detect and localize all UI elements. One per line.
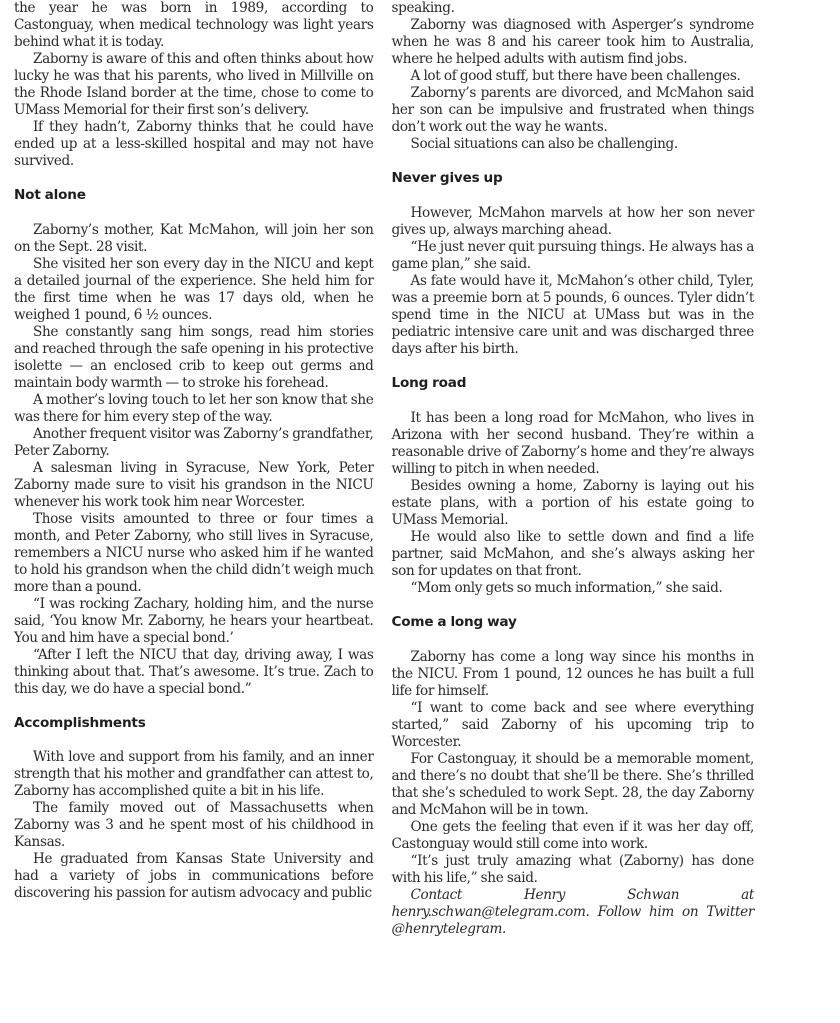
- body-paragraph: Social situations can also be challengin…: [392, 136, 755, 153]
- intro-paragraph: If they hadn’t, Zaborny thinks that he c…: [14, 119, 374, 170]
- body-paragraph: Zaborny has come a long way since his mo…: [392, 649, 755, 700]
- body-paragraph: He would also like to settle down and fi…: [392, 529, 755, 580]
- quote-paragraph: “Mom only gets so much information,” she…: [392, 580, 755, 597]
- quote-paragraph: “I was rocking Zachary, holding him, and…: [14, 596, 374, 647]
- body-paragraph: However, McMahon marvels at how her son …: [392, 205, 755, 239]
- quote-paragraph: “He just never quit pursuing things. He …: [392, 239, 755, 273]
- quote-paragraph: “It’s just truly amazing what (Zaborny) …: [392, 853, 755, 887]
- subhead-not-alone: Not alone: [14, 187, 374, 204]
- subhead-come-a-long-way: Come a long way: [392, 614, 755, 631]
- quote-paragraph: “I want to come back and see where every…: [392, 700, 755, 751]
- body-paragraph: Another frequent visitor was Zaborny’s g…: [14, 426, 374, 460]
- intro-paragraph: Zaborny is aware of this and often think…: [14, 51, 374, 119]
- body-paragraph: Zaborny was diagnosed with Asperger’s sy…: [392, 17, 755, 68]
- body-paragraph: She constantly sang him songs, read him …: [14, 324, 374, 392]
- body-paragraph: A mother’s loving touch to let her son k…: [14, 392, 374, 426]
- quote-paragraph: “After I left the NICU that day, driving…: [14, 647, 374, 698]
- body-paragraph: As fate would have it, McMahon’s other c…: [392, 273, 755, 358]
- body-paragraph: The family moved out of Massachusetts wh…: [14, 800, 374, 851]
- subhead-long-road: Long road: [392, 375, 755, 392]
- newspaper-page: the year he was born in 1989, according …: [14, 0, 754, 938]
- body-paragraph: For Castonguay, it should be a memorable…: [392, 751, 755, 819]
- body-paragraph: He graduated from Kansas State Universit…: [14, 851, 374, 902]
- intro-paragraph: the year he was born in 1989, according …: [14, 0, 374, 51]
- author-contact-line: Contact Henry Schwan at henry.schwan@tel…: [392, 887, 755, 938]
- body-paragraph: One gets the feeling that even if it was…: [392, 819, 755, 853]
- right-column: speaking. Zaborny was diagnosed with Asp…: [392, 0, 755, 938]
- body-paragraph: Zaborny’s parents are divorced, and McMa…: [392, 85, 755, 136]
- body-paragraph: Zaborny’s mother, Kat McMahon, will join…: [14, 222, 374, 256]
- body-paragraph: A salesman living in Syracuse, New York,…: [14, 460, 374, 511]
- body-paragraph: With love and support from his family, a…: [14, 749, 374, 800]
- subhead-accomplishments: Accomplishments: [14, 715, 374, 732]
- subhead-never-gives-up: Never gives up: [392, 170, 755, 187]
- left-column: the year he was born in 1989, according …: [14, 0, 374, 938]
- body-paragraph: Those visits amounted to three or four t…: [14, 511, 374, 596]
- body-paragraph: She visited her son every day in the NIC…: [14, 256, 374, 324]
- continued-paragraph: speaking.: [392, 0, 755, 17]
- body-paragraph: Besides owning a home, Zaborny is laying…: [392, 478, 755, 529]
- body-paragraph: A lot of good stuff, but there have been…: [392, 68, 755, 85]
- body-paragraph: It has been a long road for McMahon, who…: [392, 410, 755, 478]
